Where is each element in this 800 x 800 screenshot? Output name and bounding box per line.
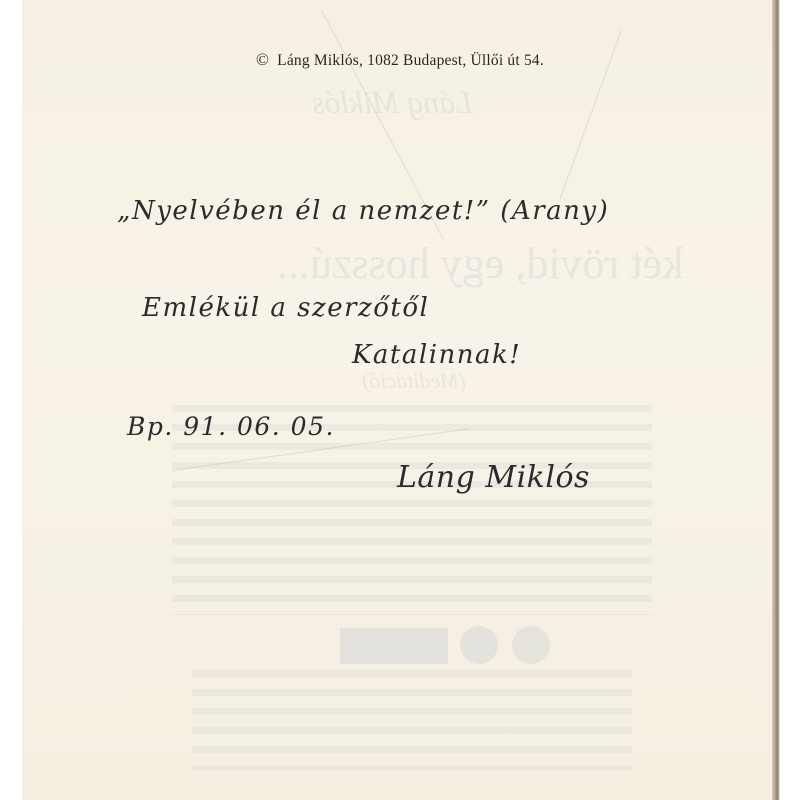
handwritten-date: Bp. 91. 06. 05. [127, 412, 335, 441]
show-through-subtitle: (Meditáció) [362, 368, 466, 394]
show-through-logo-dot [512, 626, 550, 664]
show-through-logo-dot [460, 626, 498, 664]
show-through-author: Láng Miklós [312, 84, 473, 121]
page-edge-shadow [772, 0, 780, 800]
copyright-imprint: ©Láng Miklós, 1082 Budapest, Üllői út 54… [22, 50, 778, 70]
scanned-page: Láng Miklós két rövid, egy hosszú... (Me… [0, 0, 800, 800]
imprint-text: Láng Miklós, 1082 Budapest, Üllői út 54. [277, 52, 544, 69]
copyright-icon: © [256, 50, 269, 70]
handwritten-recipient: Katalinnak! [352, 340, 521, 370]
handwritten-signature: Láng Miklós [397, 460, 590, 495]
handwritten-dedication: Emlékül a szerzőtől [142, 293, 429, 323]
show-through-publisher-logo [340, 628, 448, 664]
book-page: Láng Miklós két rövid, egy hosszú... (Me… [22, 0, 778, 800]
show-through-body-text-lower [192, 670, 632, 770]
show-through-title: két rövid, egy hosszú... [277, 238, 684, 289]
handwritten-quote: „Nyelvében él a nemzet!” (Arany) [117, 196, 609, 226]
